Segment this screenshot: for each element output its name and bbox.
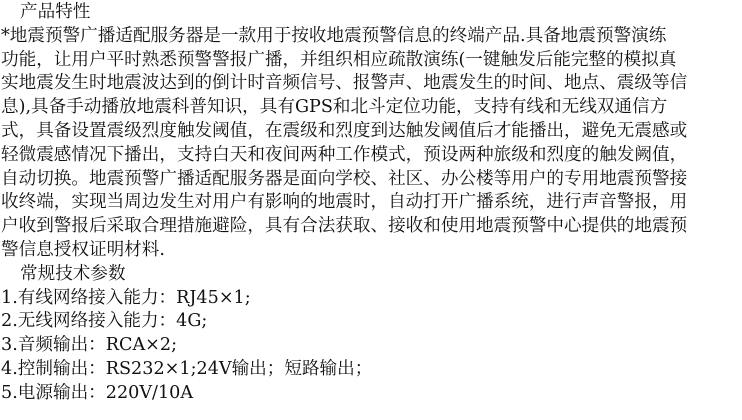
paragraph-line: 息),具备手动播放地震科普知识，具有GPS和北斗定位功能，支持有线和无线双通信方: [1, 96, 742, 120]
paragraph-line: 功能，让用户平时熟悉预警警报广播，并组织相应疏散演练(一键触发后能完整的模拟真: [1, 49, 742, 73]
section-heading-technical-parameters: 常规技术参数: [1, 263, 742, 287]
list-item: 2.无线网络接入能力：4G;: [1, 310, 742, 334]
paragraph-line: *地震预警广播适配服务器是一款用于按收地震预警信息的终端产品.具备地震预警演练: [1, 25, 742, 49]
list-item: 5.电源输出：220V/10A: [1, 382, 742, 406]
technical-parameters-list: 1.有线网络接入能力：RJ45×1; 2.无线网络接入能力：4G; 3.音频输出…: [1, 287, 742, 406]
list-item: 1.有线网络接入能力：RJ45×1;: [1, 287, 742, 311]
paragraph-line: 警信息授权证明材料.: [1, 239, 742, 263]
section-heading-product-features: 产品特性: [1, 1, 742, 25]
paragraph-line: 轻微震感情况下播出，支持白天和夜间两种工作模式，预设两种旅级和烈度的触发阙值，: [1, 144, 742, 168]
paragraph-line: 收终端，实现当周边发生对用户有影响的地震时，自动打开广播系统，进行声音警报，用: [1, 191, 742, 215]
product-description-paragraph: *地震预警广播适配服务器是一款用于按收地震预警信息的终端产品.具备地震预警演练 …: [1, 25, 742, 263]
list-item: 3.音频输出：RCA×2;: [1, 334, 742, 358]
list-item: 4.控制输出：RS232×1;24V输出；短路输出；: [1, 358, 742, 382]
paragraph-line: 实地震发生时地震波达到的倒计时音频信号、报警声、地震发生的时间、地点、震级等信: [1, 72, 742, 96]
paragraph-line: 自动切换。地震预警广播适配服务器是面向学校、社区、办公楼等用户的专用地震预警接: [1, 168, 742, 192]
document-body: 产品特性 *地震预警广播适配服务器是一款用于按收地震预警信息的终端产品.具备地震…: [1, 1, 742, 406]
paragraph-line: 式，具备设置震级烈度触发阈值，在震级和烈度到达触发阈值后才能播出，避免无震感或: [1, 120, 742, 144]
paragraph-line: 户收到警报后采取合理措施避险，具有合法获取、接收和使用地震预警中心提供的地震预: [1, 215, 742, 239]
